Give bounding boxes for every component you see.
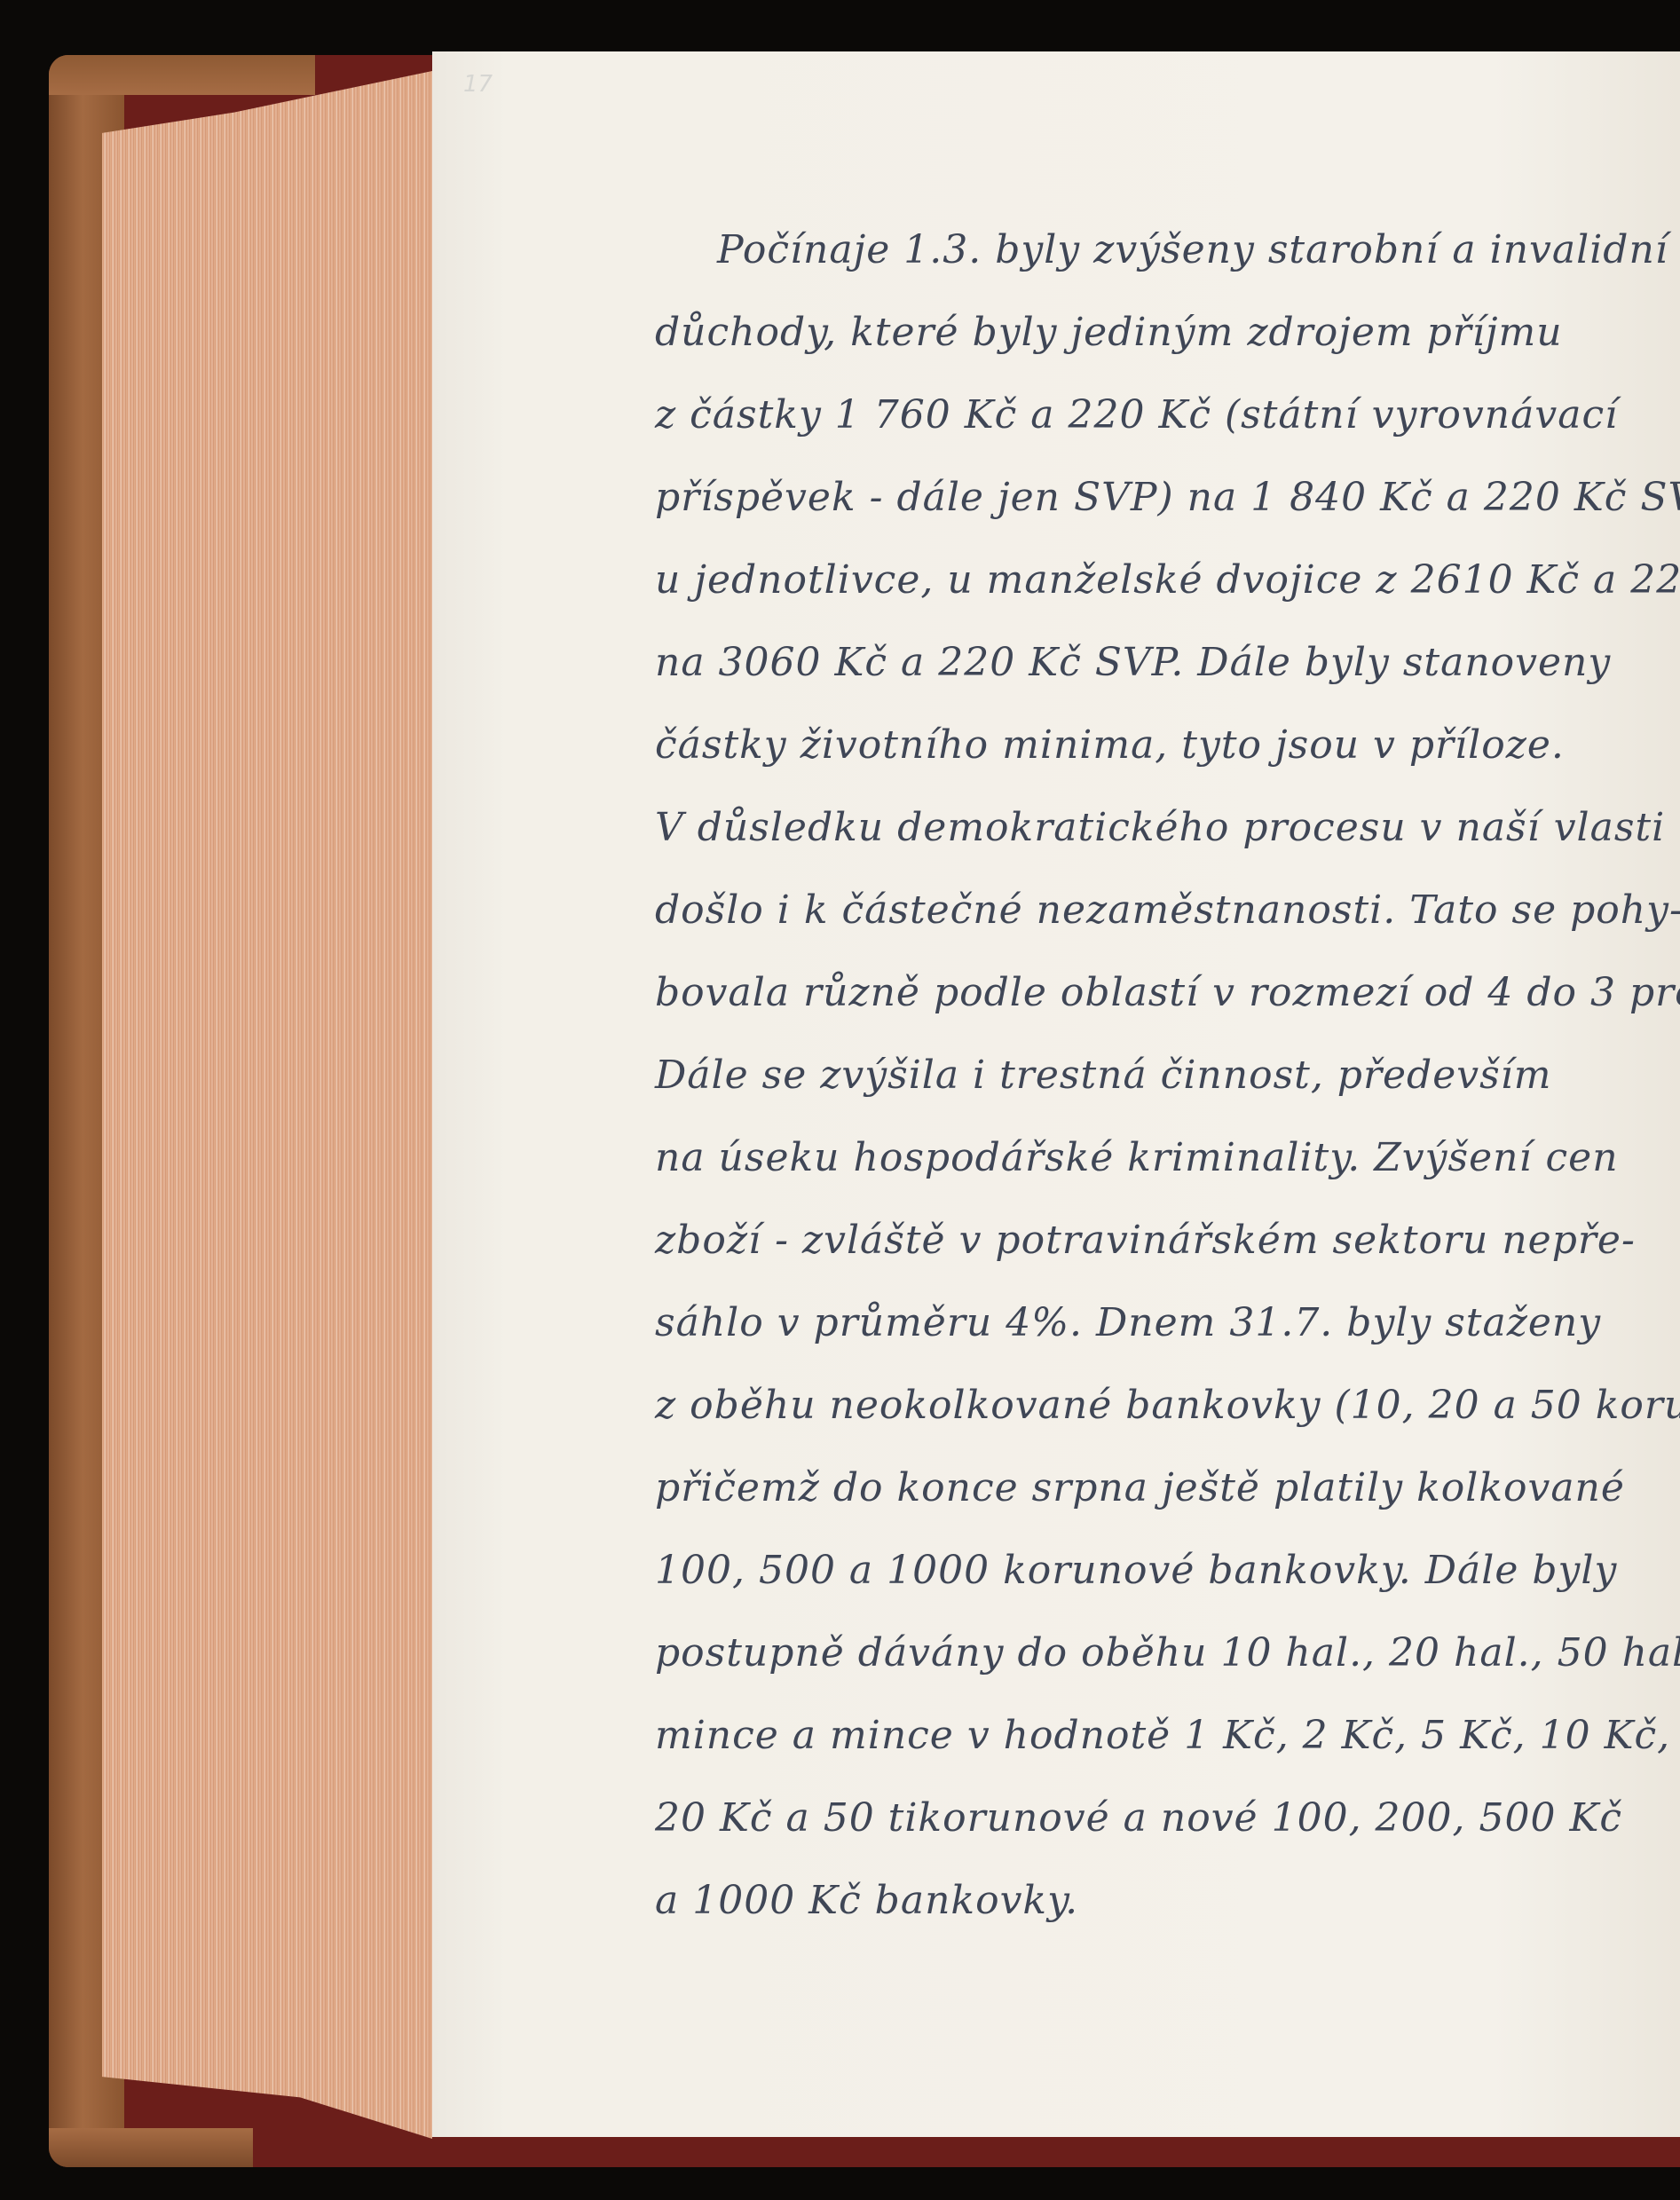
text-line: z částky 1 760 Kč a 220 Kč (státní vyrov… bbox=[655, 374, 1680, 456]
spine-headcap bbox=[49, 55, 315, 95]
text-line: na úseku hospodářské kriminality. Zvýšen… bbox=[655, 1116, 1680, 1199]
handwritten-text: Počínaje 1.3. byly zvýšeny starobní a in… bbox=[655, 209, 1680, 1942]
text-line: z oběhu neokolkované bankovky (10, 20 a … bbox=[655, 1364, 1680, 1447]
text-line: mince a mince v hodnotě 1 Kč, 2 Kč, 5 Kč… bbox=[655, 1694, 1680, 1777]
text-line: částky životního minima, tyto jsou v pří… bbox=[655, 704, 1680, 786]
spine-tailcap bbox=[49, 2128, 253, 2167]
page-number: 17 bbox=[463, 71, 493, 98]
text-line: důchody, které byly jediným zdrojem příj… bbox=[655, 291, 1680, 374]
text-line: bovala různě podle oblastí v rozmezí od … bbox=[655, 951, 1680, 1034]
text-line: postupně dávány do oběhu 10 hal., 20 hal… bbox=[655, 1612, 1680, 1694]
text-line: na 3060 Kč a 220 Kč SVP. Dále byly stano… bbox=[655, 621, 1680, 704]
text-line: 20 Kč a 50 tikorunové a nové 100, 200, 5… bbox=[655, 1777, 1680, 1859]
text-line: V důsledku demokratického procesu v naší… bbox=[655, 786, 1680, 869]
text-line: Dále se zvýšila i trestná činnost, přede… bbox=[655, 1034, 1680, 1116]
text-line: sáhlo v průměru 4%. Dnem 31.7. byly staž… bbox=[655, 1281, 1680, 1364]
text-line: zboží - zvláště v potravinářském sektoru… bbox=[655, 1199, 1680, 1281]
text-line: u jednotlivce, u manželské dvojice z 261… bbox=[655, 539, 1680, 621]
text-line: příspěvek - dále jen SVP) na 1 840 Kč a … bbox=[655, 456, 1680, 539]
text-line: 100, 500 a 1000 korunové bankovky. Dále … bbox=[655, 1529, 1680, 1612]
text-line: Počínaje 1.3. byly zvýšeny starobní a in… bbox=[655, 209, 1680, 291]
text-line: přičemž do konce srpna ještě platily kol… bbox=[655, 1447, 1680, 1529]
text-line: došlo i k částečné nezaměstnanosti. Tato… bbox=[655, 869, 1680, 951]
text-line: a 1000 Kč bankovky. bbox=[655, 1859, 1680, 1942]
page-edges-stack bbox=[102, 71, 432, 2139]
